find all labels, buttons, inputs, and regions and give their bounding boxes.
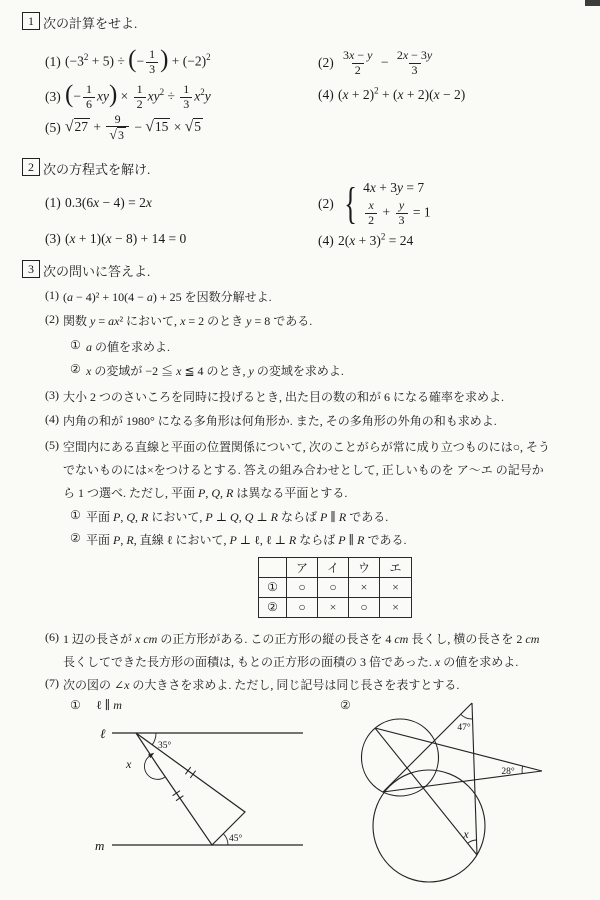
math-text: 3 [412, 63, 418, 77]
math-text: y [205, 88, 211, 103]
item-number: (2) [45, 312, 63, 329]
text-content: (a − 4)² + 10(4 − a) + 25 を因数分解せよ. [63, 288, 272, 305]
text-line: (4)内角の和が 1980° になる多角形は何角形か. また, その多角形の外角… [45, 412, 497, 429]
math-text: (x + 1)(x − 8) + 14 = 0 [65, 231, 186, 246]
table-header-cell: イ [318, 558, 349, 578]
fraction-numerator: 1 [83, 83, 95, 97]
table-cell: ○ [349, 598, 380, 618]
table-header-cell [259, 558, 287, 578]
math-text: 2(x + 3) [338, 233, 381, 248]
math-text: + [90, 119, 104, 134]
fraction-numerator: 2x − 3y [394, 49, 435, 63]
math-text: xy [148, 88, 160, 103]
text-content: 1 辺の長さが x cm の正方形がある. この正方形の縦の長さを 4 cm 長… [63, 630, 539, 647]
math-text: − [136, 53, 144, 68]
label-angle-x1: x [125, 757, 132, 771]
math-expression: (−32 + 5) ÷ (−13) + (−2)2 [65, 48, 211, 77]
label-angle-x2: x [462, 827, 469, 841]
figure-circles [362, 703, 543, 882]
worksheet-page: 1 次の計算をせよ. 2 次の方程式を解け. 3 次の問いに答えよ. (1)(−… [0, 0, 600, 900]
problem-line: (2){4x + 3y = 7x2 + y3 = 1 [318, 181, 431, 227]
math-fraction: y3 [396, 199, 408, 228]
math-fraction: 3x − y2 [340, 49, 375, 78]
text-content: 空間内にある直線と平面の位置関係について, 次のことがらが常に成り立つものには○… [63, 438, 550, 455]
math-text: 1 [86, 82, 92, 96]
text-line: 長くしてできた長方形の面積は, もとの正方形の面積の 3 倍であった. x の値… [63, 653, 518, 670]
item-number: (5) [45, 438, 63, 455]
text-line: ①平面 P, Q, R において, P ⊥ Q, Q ⊥ R ならば P ∥ R… [70, 508, 388, 525]
math-text: 3 [399, 213, 405, 227]
math-text: + 5) ÷ [88, 53, 128, 68]
sqrt-radicand: 15 [154, 118, 171, 134]
math-expression: {4x + 3y = 7x2 + y3 = 1 [338, 180, 431, 228]
fraction-denominator: 2 [365, 213, 377, 228]
section-3-number: 3 [22, 260, 40, 278]
sqrt-glyph: √ [109, 127, 117, 142]
chord-b [375, 728, 542, 771]
fraction-denominator: 2 [352, 63, 364, 78]
label-line-l: ℓ [100, 726, 106, 741]
text-content: 平面 P, R, 直線 ℓ において, P ⊥ ℓ, ℓ ⊥ R ならば P ∥… [86, 531, 406, 548]
fraction-numerator: x [365, 199, 376, 213]
small-circle [362, 719, 439, 796]
label-angle-47: 47° [457, 722, 471, 733]
label-angle-28: 28° [501, 766, 515, 777]
math-fraction: 9√3 [106, 113, 129, 144]
table-cell: × [318, 598, 349, 618]
angle-arc-28 [522, 766, 523, 774]
math-fraction: 2x − 3y3 [394, 49, 435, 78]
sqrt-glyph: √ [145, 118, 154, 135]
math-fraction: 12 [134, 83, 146, 112]
fraction-denominator: 3 [146, 62, 158, 77]
fraction-numerator: 3x − y [340, 49, 375, 63]
page-corner-mark [585, 0, 600, 6]
text-content: 長くしてできた長方形の面積は, もとの正方形の面積の 3 倍であった. x の値… [63, 653, 518, 670]
math-expression: 3x − y2 − 2x − 3y3 [338, 49, 437, 78]
angle-arc-45 [223, 834, 228, 845]
system-equations: 4x + 3y = 7x2 + y3 = 1 [363, 180, 431, 228]
fraction-denominator: 3 [396, 213, 408, 228]
label-angle-35: 35° [158, 740, 172, 751]
problem-line: (1)0.3(6x − 4) = 2x [45, 194, 152, 212]
math-text: 6 [86, 97, 92, 111]
math-text: − [73, 88, 81, 103]
math-text: 1 [183, 82, 189, 96]
math-fraction: 16 [83, 83, 95, 112]
text-line: ①a の値を求めよ. [70, 338, 170, 355]
table-cell: ○ [318, 578, 349, 598]
item-number: ② [70, 531, 86, 548]
math-text: 3 [183, 97, 189, 111]
problem-line: (4)2(x + 3)2 = 24 [318, 232, 413, 250]
math-text: = 1 [410, 205, 431, 220]
math-text: 3x − y [343, 48, 372, 62]
label-angle-45: 45° [229, 833, 243, 844]
math-text: 2x − 3y [397, 48, 432, 62]
problem-line: (4)(x + 2)2 + (x + 2)(x − 2) [318, 86, 465, 104]
text-line: ②平面 P, R, 直線 ℓ において, P ⊥ ℓ, ℓ ⊥ R ならば P … [70, 531, 406, 548]
math-text: 2 [137, 97, 143, 111]
text-content: でないものには×をつけるとする. 答えの組み合わせとして, 正しいものを ア～エ… [63, 461, 544, 478]
math-text: × [117, 88, 131, 103]
text-line: (6)1 辺の長さが x cm の正方形がある. この正方形の縦の長さを 4 c… [45, 630, 539, 647]
math-text: 2 [368, 213, 374, 227]
text-line: ら 1 つ選べ. ただし, 平面 P, Q, R は異なる平面とする. [63, 484, 347, 501]
text-line: (3)大小 2 つのさいころを同時に投げるとき, 出た目の数の和が 6 になる確… [45, 388, 504, 405]
section-1-number: 1 [22, 12, 40, 30]
equation-system: {4x + 3y = 7x2 + y3 = 1 [338, 180, 431, 228]
table-cell: × [349, 578, 380, 598]
table-header-cell: ア [287, 558, 318, 578]
angle-arc-47 [461, 714, 473, 719]
math-text: y [399, 198, 404, 212]
math-text: 2 [355, 63, 361, 77]
item-number: ② [70, 362, 86, 379]
problem-line: (1)(−32 + 5) ÷ (−13) + (−2)2 [45, 44, 211, 80]
math-text: 1 [137, 82, 143, 96]
item-number: (4) [45, 412, 63, 429]
table-header-cell: ウ [349, 558, 380, 578]
math-expression: 2(x + 3)2 = 24 [338, 233, 413, 249]
math-expression: (x + 2)2 + (x + 2)(x − 2) [338, 87, 465, 103]
answer-choice-table: アイウエ①○○××②○×○× [258, 557, 412, 618]
fraction-numerator: 1 [134, 83, 146, 97]
math-fraction: x2 [365, 199, 377, 228]
text-line: でないものには×をつけるとする. 答えの組み合わせとして, 正しいものを ア～エ… [63, 461, 544, 478]
sqrt-radicand: 3 [117, 127, 126, 142]
table-cell: ○ [287, 578, 318, 598]
math-text: 0.3(6x − 4) = 2x [65, 195, 152, 210]
sqrt-radicand: 5 [193, 118, 203, 134]
text-line: (5)空間内にある直線と平面の位置関係について, 次のことがらが常に成り立つもの… [45, 438, 550, 455]
table-header-cell: エ [380, 558, 412, 578]
math-text: 4x + 3y = 7 [363, 180, 424, 195]
math-text: x [368, 198, 373, 212]
math-expression: (−16xy) × 12xy2 ÷ 13x2y [65, 83, 211, 112]
text-content: 平面 P, Q, R において, P ⊥ Q, Q ⊥ R ならば P ∥ R … [86, 508, 388, 525]
table-row: ①○○×× [259, 578, 412, 598]
problem-number: (3) [45, 231, 65, 247]
math-sqrt: √3 [109, 127, 126, 143]
text-content: 内角の和が 1980° になる多角形は何角形か. また, その多角形の外角の和も… [63, 412, 497, 429]
text-content: a の値を求めよ. [86, 338, 170, 355]
table-cell: ○ [287, 598, 318, 618]
item-number: ① [70, 508, 86, 525]
math-text: × [170, 119, 184, 134]
math-text: = 24 [385, 233, 413, 248]
math-text: − [377, 54, 391, 69]
problem-number: (4) [318, 233, 338, 249]
math-text: (x + 2) [338, 87, 374, 102]
math-text: − [131, 119, 145, 134]
problem-line: (3)(x + 1)(x − 8) + 14 = 0 [45, 230, 186, 248]
fraction-numerator: 1 [180, 83, 192, 97]
item-number: (3) [45, 388, 63, 405]
angle-arc-35 [152, 733, 156, 745]
problem-number: (3) [45, 89, 65, 105]
sqrt-glyph: √ [65, 118, 74, 135]
fraction-numerator: y [396, 199, 407, 213]
problem-line: (2)3x − y2 − 2x − 3y3 [318, 45, 437, 81]
math-text: 3 [149, 62, 155, 76]
angle-arc-x [144, 755, 165, 779]
text-content: ら 1 つ選べ. ただし, 平面 P, Q, R は異なる平面とする. [63, 484, 347, 501]
figure-parallel-lines-triangle [112, 733, 303, 845]
section-2-title: 次の方程式を解け. [43, 159, 150, 178]
table-cell: × [380, 578, 412, 598]
sqrt-radicand: 27 [74, 118, 91, 134]
chord-vertical [472, 703, 477, 855]
system-equation: 4x + 3y = 7 [363, 180, 431, 196]
sqrt-glyph: √ [185, 118, 194, 135]
item-number: ① [70, 338, 86, 355]
math-text: + (−2) [168, 53, 206, 68]
table-row-label: ② [259, 598, 287, 618]
math-fraction: 13 [180, 83, 192, 112]
math-expression: √27 + 9√3 − √15 × √5 [65, 113, 203, 144]
section-2-number: 2 [22, 158, 40, 176]
table-header-row: アイウエ [259, 558, 412, 578]
fraction-numerator: 1 [146, 48, 158, 62]
fraction-denominator: √3 [106, 126, 129, 143]
math-expression: (x + 1)(x − 8) + 14 = 0 [65, 231, 186, 247]
text-line: ②x の変域が −2 ≦ x ≦ 4 のとき, y の変域を求めよ. [70, 362, 344, 379]
text-content: x の変域が −2 ≦ x ≦ 4 のとき, y の変域を求めよ. [86, 362, 344, 379]
problem-number: (1) [45, 54, 65, 70]
large-circle [373, 770, 485, 882]
math-text: 9 [115, 112, 121, 126]
math-text: 1 [149, 47, 155, 61]
table-cell: × [380, 598, 412, 618]
problem-number: (4) [318, 87, 338, 103]
geometry-figures: ℓ m 35° 45° x 47° 28° x [0, 690, 600, 900]
math-text: xy [97, 88, 109, 103]
brace-icon: { [344, 182, 357, 226]
fraction-numerator: 9 [112, 113, 124, 127]
math-text: + (x + 2)(x − 2) [379, 87, 466, 102]
math-text: + [379, 205, 393, 220]
math-exponent: 2 [206, 52, 211, 62]
math-expression: 0.3(6x − 4) = 2x [65, 195, 152, 211]
text-content: 大小 2 つのさいころを同時に投げるとき, 出た目の数の和が 6 になる確率を求… [63, 388, 504, 405]
problem-number: (2) [318, 196, 338, 212]
fraction-denominator: 3 [409, 63, 421, 78]
item-number: (1) [45, 288, 63, 305]
system-equation: x2 + y3 = 1 [363, 199, 431, 228]
problem-number: (1) [45, 195, 65, 211]
text-line: (2)関数 y = ax² において, x = 2 のとき y = 8 である. [45, 312, 312, 329]
table-row: ②○×○× [259, 598, 412, 618]
math-fraction: 13 [146, 48, 158, 77]
answer-table: アイウエ①○○××②○×○× [258, 557, 412, 618]
table-row-label: ① [259, 578, 287, 598]
angle-arc-x2 [468, 840, 477, 843]
math-sqrt: √5 [185, 118, 203, 136]
section-3-title: 次の問いに答えよ. [43, 261, 150, 280]
math-sqrt: √15 [145, 118, 170, 136]
math-text: (−3 [65, 53, 84, 68]
text-content: 関数 y = ax² において, x = 2 のとき y = 8 である. [63, 312, 312, 329]
text-line: (1)(a − 4)² + 10(4 − a) + 25 を因数分解せよ. [45, 288, 272, 305]
triangle [136, 733, 245, 845]
problem-number: (5) [45, 120, 65, 136]
label-line-m: m [95, 838, 104, 853]
item-number: (6) [45, 630, 63, 647]
section-1-title: 次の計算をせよ. [43, 13, 137, 32]
problem-line: (5)√27 + 9√3 − √15 × √5 [45, 110, 203, 146]
math-text: ÷ [164, 88, 178, 103]
problem-number: (2) [318, 55, 338, 71]
math-sqrt: √27 [65, 118, 90, 136]
